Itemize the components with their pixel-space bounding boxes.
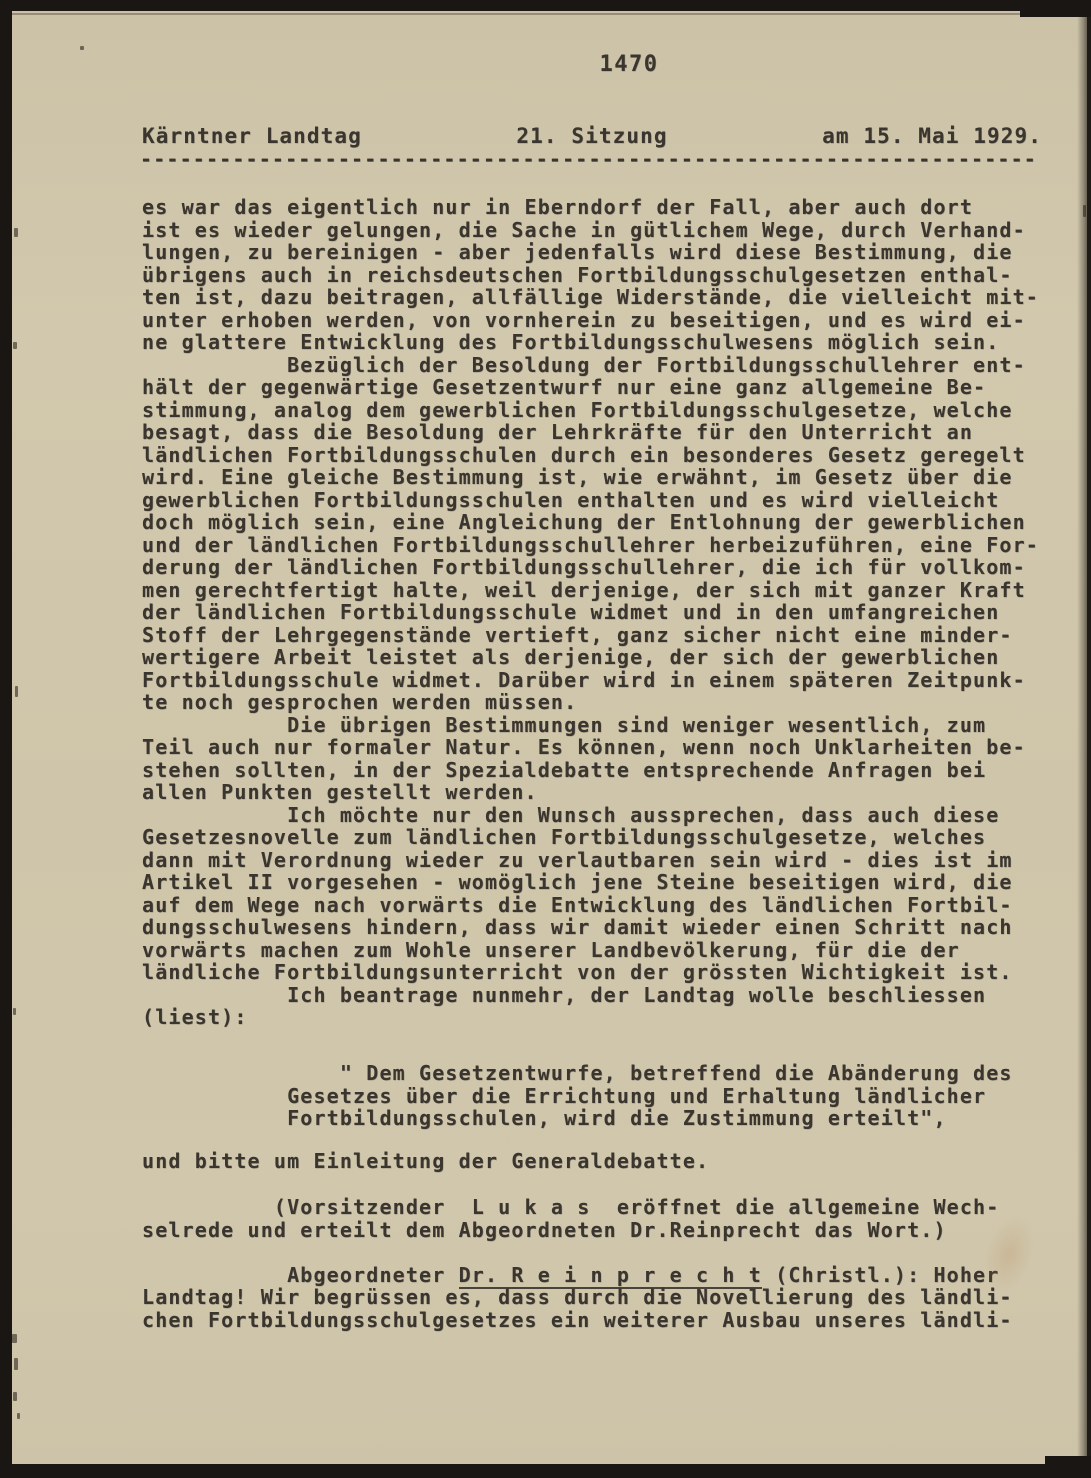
text-line: und der ländlichen Fortbildungsschullehr… — [142, 534, 1047, 557]
text-line: chen Fortbildungsschulgesetzes ein weite… — [142, 1309, 1047, 1332]
text-line: auf dem Wege nach vorwärts die Entwicklu… — [142, 894, 1047, 917]
scan-speck — [14, 228, 18, 237]
text-line: selrede und erteilt dem Abgeordneten Dr.… — [142, 1219, 1047, 1242]
text-line: Teil auch nur formaler Natur. Es können,… — [142, 736, 1047, 759]
text-line: unter erhoben werden, von vornherein zu … — [142, 309, 1047, 332]
text-line: gewerblichen Fortbildungsschulen enthalt… — [142, 489, 1047, 512]
speech-reinprecht: Abgeordneter Dr. R e i n p r e c h t (Ch… — [142, 1264, 1047, 1332]
text-line: allen Punkten gestellt werden. — [142, 781, 1047, 804]
text-line: Ich beantrage nunmehr, der Landtag wolle… — [142, 984, 1047, 1007]
scan-speck — [14, 1358, 18, 1370]
text-line: besagt, dass die Besoldung der Lehrkräft… — [142, 421, 1047, 444]
text-line: Die übrigen Bestimmungen sind weniger we… — [142, 714, 1047, 737]
motion-quote: " Dem Gesetzentwurfe, betreffend die Abä… — [142, 1062, 1047, 1130]
session-header: Kärntner Landtag 21. Sitzung am 15. Mai … — [142, 124, 1042, 148]
text-line: ne glattere Entwicklung des Fortbildungs… — [142, 331, 1047, 354]
scan-speck — [12, 1334, 17, 1343]
paragraph-uebrige-bestimmungen: Die übrigen Bestimmungen sind weniger we… — [142, 714, 1047, 804]
text-line: (Vorsitzender L u k a s eröffnet die all… — [142, 1196, 1047, 1219]
text-line: übrigens auch in reichsdeutschen Fortbil… — [142, 264, 1047, 287]
scan-speck — [13, 1008, 16, 1015]
scan-speck — [13, 342, 17, 349]
paragraph-eberndorf: es war das eigentlich nur in Eberndorf d… — [142, 196, 1047, 354]
scanned-document-page: 1470 Kärntner Landtag 21. Sitzung am 15.… — [0, 0, 1091, 1478]
header-parliament: Kärntner Landtag — [142, 124, 442, 148]
line-generaldebatte: und bitte um Einleitung der Generaldebat… — [142, 1150, 1047, 1173]
text-line: derung der ländlichen Fortbildungsschull… — [142, 556, 1047, 579]
text-line: wird. Eine gleiche Bestimmung ist, wie e… — [142, 466, 1047, 489]
text-line: Abgeordneter Dr. R e i n p r e c h t (Ch… — [142, 1264, 1047, 1287]
scan-edge-corner — [1020, 0, 1091, 17]
text-line: wertigere Arbeit leistet als derjenige, … — [142, 646, 1047, 669]
scan-speck — [15, 686, 18, 697]
text-line: Fortbildungsschulen, wird die Zustimmung… — [142, 1107, 1047, 1130]
text-line: hält der gegenwärtige Gesetzentwurf nur … — [142, 376, 1047, 399]
text-line: doch möglich sein, eine Angleichung der … — [142, 511, 1047, 534]
text-segment: Abgeordneter — [142, 1263, 459, 1287]
scan-edge-corner — [1045, 1456, 1091, 1478]
page-number: 1470 — [180, 52, 1078, 77]
text-line: ländliche Fortbildungsunterricht von der… — [142, 961, 1047, 984]
scan-speck — [13, 1392, 17, 1401]
text-line: men gerechtfertigt halte, weil derjenige… — [142, 579, 1047, 602]
text-line: ten ist, dazu beitragen, allfällige Wide… — [142, 286, 1047, 309]
text-line: Bezüglich der Besoldung der Fortbildungs… — [142, 354, 1047, 377]
text-line: stimmung, analog dem gewerblichen Fortbi… — [142, 399, 1047, 422]
header-session-number: 21. Sitzung — [442, 124, 742, 148]
text-line: dann mit Verordnung wieder zu verlautbar… — [142, 849, 1047, 872]
text-line: Ich möchte nur den Wunsch aussprechen, d… — [142, 804, 1047, 827]
stage-direction-lukas: (Vorsitzender L u k a s eröffnet die all… — [142, 1196, 1047, 1241]
text-line: (liest): — [142, 1006, 1047, 1029]
paragraph-besoldung: Bezüglich der Besoldung der Fortbildungs… — [142, 354, 1047, 714]
text-line: te noch gesprochen werden müssen. — [142, 691, 1047, 714]
text-line: dungsschulwesens hindern, dass wir damit… — [142, 916, 1047, 939]
text-line: Fortbildungsschule widmet. Darüber wird … — [142, 669, 1047, 692]
header-date: am 15. Mai 1929. — [742, 124, 1042, 148]
text-line: ländlichen Fortbildungsschulen durch ein… — [142, 444, 1047, 467]
scan-edge-bottom — [0, 1464, 1091, 1478]
text-line: der ländlichen Fortbildungsschule widmet… — [142, 601, 1047, 624]
scan-edge-right — [1077, 11, 1091, 1464]
scan-speck — [80, 46, 84, 50]
text-line: " Dem Gesetzentwurfe, betreffend die Abä… — [142, 1062, 1047, 1085]
text-line: Landtag! Wir begrüssen es, dass durch di… — [142, 1286, 1047, 1309]
text-line: Gesetzesnovelle zum ländlichen Fortbildu… — [142, 826, 1047, 849]
text-line: lungen, zu bereinigen - aber jedenfalls … — [142, 241, 1047, 264]
text-line: ist es wieder gelungen, die Sache in güt… — [142, 219, 1047, 242]
scan-speck — [17, 1413, 20, 1419]
header-separator: ----------------------------------------… — [140, 148, 1045, 170]
text-line: Stoff der Lehrgegenstände vertieft, ganz… — [142, 624, 1047, 647]
scan-seam — [12, 13, 1081, 15]
text-line: vorwärts machen zum Wohle unserer Landbe… — [142, 939, 1047, 962]
paragraph-antrag: Ich beantrage nunmehr, der Landtag wolle… — [142, 984, 1047, 1029]
text-line: stehen sollten, in der Spezialdebatte en… — [142, 759, 1047, 782]
text-line: Gesetzes über die Errichtung und Erhaltu… — [142, 1085, 1047, 1108]
text-line: und bitte um Einleitung der Generaldebat… — [142, 1150, 1047, 1173]
text-line: es war das eigentlich nur in Eberndorf d… — [142, 196, 1047, 219]
text-line: Artikel II vorgesehen - womöglich jene S… — [142, 871, 1047, 894]
text-segment: (Christl.): Hoher — [762, 1263, 999, 1287]
paragraph-wunsch: Ich möchte nur den Wunsch aussprechen, d… — [142, 804, 1047, 984]
text-body: es war das eigentlich nur in Eberndorf d… — [142, 196, 1047, 1331]
